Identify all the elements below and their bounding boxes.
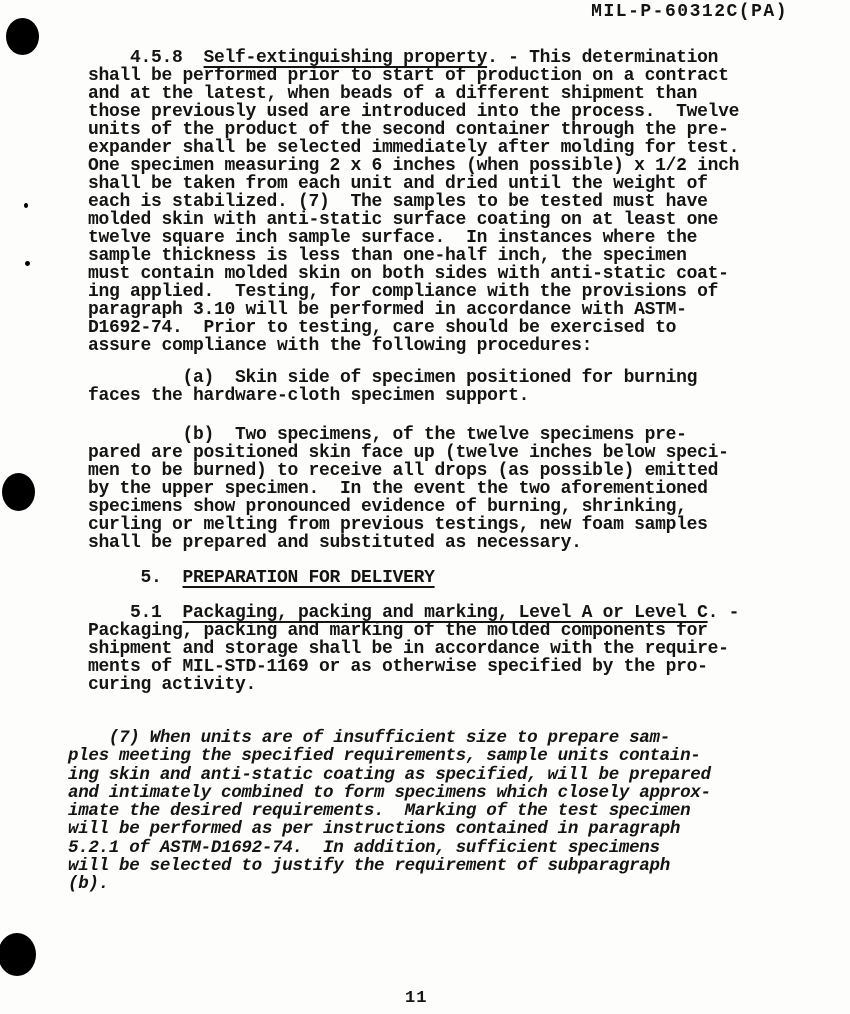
footnote-7: (7) When units are of insufficient size … — [68, 729, 808, 894]
section-heading-suffix-4-5-8: . - This determination — [487, 48, 718, 68]
hole-punch-mark-bottom — [0, 933, 36, 976]
document-id: MIL-P-60312C(PA) — [591, 2, 788, 22]
section-number-5-1: 5.1 — [88, 603, 183, 623]
ink-speck-1 — [24, 203, 28, 208]
paragraph-5-1: 5.1 Packaging, packing and marking, Leve… — [88, 604, 808, 694]
footnote-7-text: (7) When units are of insufficient size … — [68, 728, 711, 894]
ink-speck-2 — [25, 261, 30, 266]
section-number-5: 5. — [88, 568, 183, 588]
subparagraph-a: (a) Skin side of specimen positioned for… — [88, 369, 808, 405]
section-text-4-5-8: shall be performed prior to start of pro… — [88, 66, 739, 356]
section-5-heading-line: 5. PREPARATION FOR DELIVERY — [88, 569, 808, 587]
document-page: MIL-P-60312C(PA) 4.5.8 Self-extinguishin… — [0, 0, 850, 1014]
section-heading-5: PREPARATION FOR DELIVERY — [183, 568, 435, 588]
section-number-4-5-8: 4.5.8 — [88, 48, 204, 68]
document-body: 4.5.8 Self-extinguishing property. - Thi… — [88, 49, 808, 894]
page-number: 11 — [405, 989, 427, 1008]
hole-punch-mark-middle — [2, 473, 35, 511]
section-text-5-1: Packaging, packing and marking of the mo… — [88, 621, 729, 695]
paragraph-4-5-8: 4.5.8 Self-extinguishing property. - Thi… — [88, 49, 808, 355]
subparagraph-b: (b) Two specimens, of the twelve specime… — [88, 426, 808, 552]
subparagraph-b-text: (b) Two specimens, of the twelve specime… — [88, 425, 729, 553]
section-heading-4-5-8: Self-extinguishing property — [204, 48, 488, 68]
section-heading-5-1: Packaging, packing and marking, Level A … — [183, 603, 708, 623]
section-heading-suffix-5-1: . - — [708, 603, 740, 623]
subparagraph-a-text: (a) Skin side of specimen positioned for… — [88, 368, 697, 406]
hole-punch-mark-top — [6, 18, 39, 55]
